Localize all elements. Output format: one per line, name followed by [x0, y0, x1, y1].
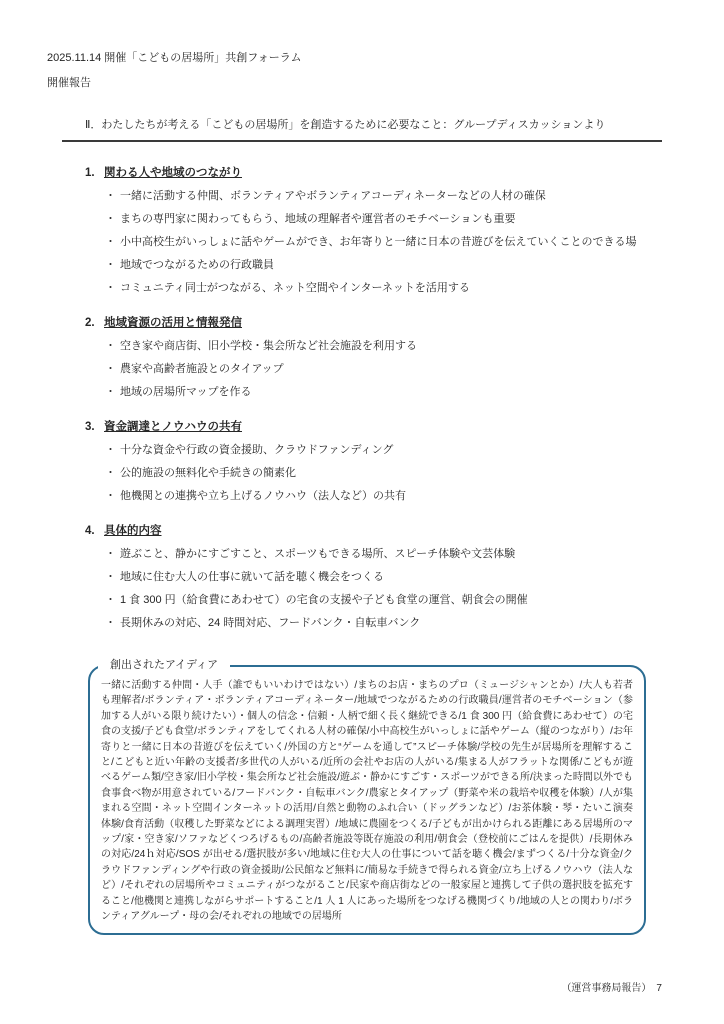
- list-item: ・ 長期休みの対応、24 時間対応、フードバンク・自転車バンク: [85, 612, 664, 635]
- idea-box-container: 創出されたアイディア 一緒に活動する仲間・人手（誰でもいいわけではない）/まちの…: [88, 665, 646, 935]
- bullet-marker: ・: [105, 589, 120, 612]
- section-heading-3: 3.資金調達とノウハウの共有: [85, 418, 664, 434]
- section-heading-2: 2.地域資源の活用と情報発信: [85, 314, 664, 330]
- bullet-text: 公的施設の無料化や手続きの簡素化: [120, 462, 664, 485]
- bullet-marker: ・: [105, 335, 120, 358]
- bullet-text: 一緒に活動する仲間、ボランティアやボランティアコーディネーターなどの人材の確保: [120, 185, 664, 208]
- bullet-text: 十分な資金や行政の資金援助、クラウドファンディング: [120, 439, 664, 462]
- bullet-text: 他機関との連携や立ち上げるノウハウ（法人など）の共有: [120, 485, 664, 508]
- bullet-marker: ・: [105, 358, 120, 381]
- list-item: ・ 1 食 300 円（給食費にあわせて）の宅食の支援や子ども食堂の運営、朝食会…: [85, 589, 664, 612]
- list-item: ・ 一緒に活動する仲間、ボランティアやボランティアコーディネーターなどの人材の確…: [85, 185, 664, 208]
- bullet-text: まちの専門家に関わってもらう、地域の理解者や運営者のモチベーションも重要: [120, 208, 664, 231]
- bullet-marker: ・: [105, 543, 120, 566]
- list-item: ・ 地域の居場所マップを作る: [85, 381, 664, 404]
- page-footer: （運営事務局報告） 7: [561, 979, 662, 994]
- idea-box-text: 一緒に活動する仲間・人手（誰でもいいわけではない）/まちのお店・まちのプロ（ミュ…: [101, 680, 633, 922]
- list-item: ・ 農家や高齢者施設とのタイアップ: [85, 358, 664, 381]
- idea-box-label: 創出されたアイディア: [98, 656, 230, 672]
- bullet-text: 長期休みの対応、24 時間対応、フードバンク・自転車バンク: [120, 612, 664, 635]
- header-line-2: 開催報告: [47, 71, 724, 96]
- section-heading-1: 1.関わる人や地域のつながり: [85, 164, 664, 180]
- bullet-marker: ・: [105, 208, 120, 231]
- idea-box: 一緒に活動する仲間・人手（誰でもいいわけではない）/まちのお店・まちのプロ（ミュ…: [88, 665, 646, 935]
- section-title: 資金調達とノウハウの共有: [104, 421, 242, 433]
- main-section-heading-text: Ⅱ．わたしたちが考える「こどもの居場所」を創造するために必要なこと：グループディ…: [85, 119, 605, 131]
- bullet-text: 地域の居場所マップを作る: [120, 381, 664, 404]
- bullet-marker: ・: [105, 485, 120, 508]
- section-title: 関わる人や地域のつながり: [104, 167, 242, 179]
- bullet-marker: ・: [105, 612, 120, 635]
- list-item: ・ 十分な資金や行政の資金援助、クラウドファンディング: [85, 439, 664, 462]
- list-item: ・ 地域でつながるための行政職員: [85, 254, 664, 277]
- section-title: 具体的内容: [104, 525, 162, 537]
- bullet-marker: ・: [105, 254, 120, 277]
- bullet-text: 農家や高齢者施設とのタイアップ: [120, 358, 664, 381]
- list-item: ・ 他機関との連携や立ち上げるノウハウ（法人など）の共有: [85, 485, 664, 508]
- bullet-text: 地域でつながるための行政職員: [120, 254, 664, 277]
- list-item: ・ 地域に住む大人の仕事に就いて話を聴く機会をつくる: [85, 566, 664, 589]
- bullet-text: 空き家や商店街、旧小学校・集会所など社会施設を利用する: [120, 335, 664, 358]
- list-item: ・ 公的施設の無料化や手続きの簡素化: [85, 462, 664, 485]
- bullet-marker: ・: [105, 566, 120, 589]
- content-area: 1.関わる人や地域のつながり ・ 一緒に活動する仲間、ボランティアやボランティア…: [85, 164, 664, 935]
- list-item: ・ 小中高校生がいっしょに話やゲームができ、お年寄りと一緒に日本の昔遊びを伝えて…: [85, 231, 664, 254]
- bullet-marker: ・: [105, 439, 120, 462]
- bullet-text: 1 食 300 円（給食費にあわせて）の宅食の支援や子ども食堂の運営、朝食会の開…: [120, 589, 664, 612]
- document-page: 2025.11.14 開催「こどもの居場所」共創フォーラム 開催報告 Ⅱ．わたし…: [0, 0, 724, 1024]
- bullet-marker: ・: [105, 462, 120, 485]
- main-section-heading: Ⅱ．わたしたちが考える「こどもの居場所」を創造するために必要なこと：グループディ…: [62, 116, 662, 142]
- list-item: ・ まちの専門家に関わってもらう、地域の理解者や運営者のモチベーションも重要: [85, 208, 664, 231]
- section-number: 2.: [85, 317, 104, 329]
- list-item: ・ 遊ぶこと、静かにすごすこと、スポーツもできる場所、スピーチ体験や文芸体験: [85, 543, 664, 566]
- section-number: 4.: [85, 525, 104, 537]
- bullet-marker: ・: [105, 185, 120, 208]
- document-header: 2025.11.14 開催「こどもの居場所」共創フォーラム 開催報告: [47, 46, 724, 96]
- bullet-text: 遊ぶこと、静かにすごすこと、スポーツもできる場所、スピーチ体験や文芸体験: [120, 543, 664, 566]
- list-item: ・ 空き家や商店街、旧小学校・集会所など社会施設を利用する: [85, 335, 664, 358]
- bullet-text: 小中高校生がいっしょに話やゲームができ、お年寄りと一緒に日本の昔遊びを伝えていく…: [120, 231, 664, 254]
- section-number: 1.: [85, 167, 104, 179]
- section-heading-4: 4.具体的内容: [85, 522, 664, 538]
- bullet-text: 地域に住む大人の仕事に就いて話を聴く機会をつくる: [120, 566, 664, 589]
- section-title: 地域資源の活用と情報発信: [104, 317, 242, 329]
- section-number: 3.: [85, 421, 104, 433]
- header-line-1: 2025.11.14 開催「こどもの居場所」共創フォーラム: [47, 46, 724, 71]
- bullet-marker: ・: [105, 277, 120, 300]
- bullet-text: コミュニティ同士がつながる、ネット空間やインターネットを活用する: [120, 277, 664, 300]
- list-item: ・ コミュニティ同士がつながる、ネット空間やインターネットを活用する: [85, 277, 664, 300]
- bullet-marker: ・: [105, 231, 120, 254]
- bullet-marker: ・: [105, 381, 120, 404]
